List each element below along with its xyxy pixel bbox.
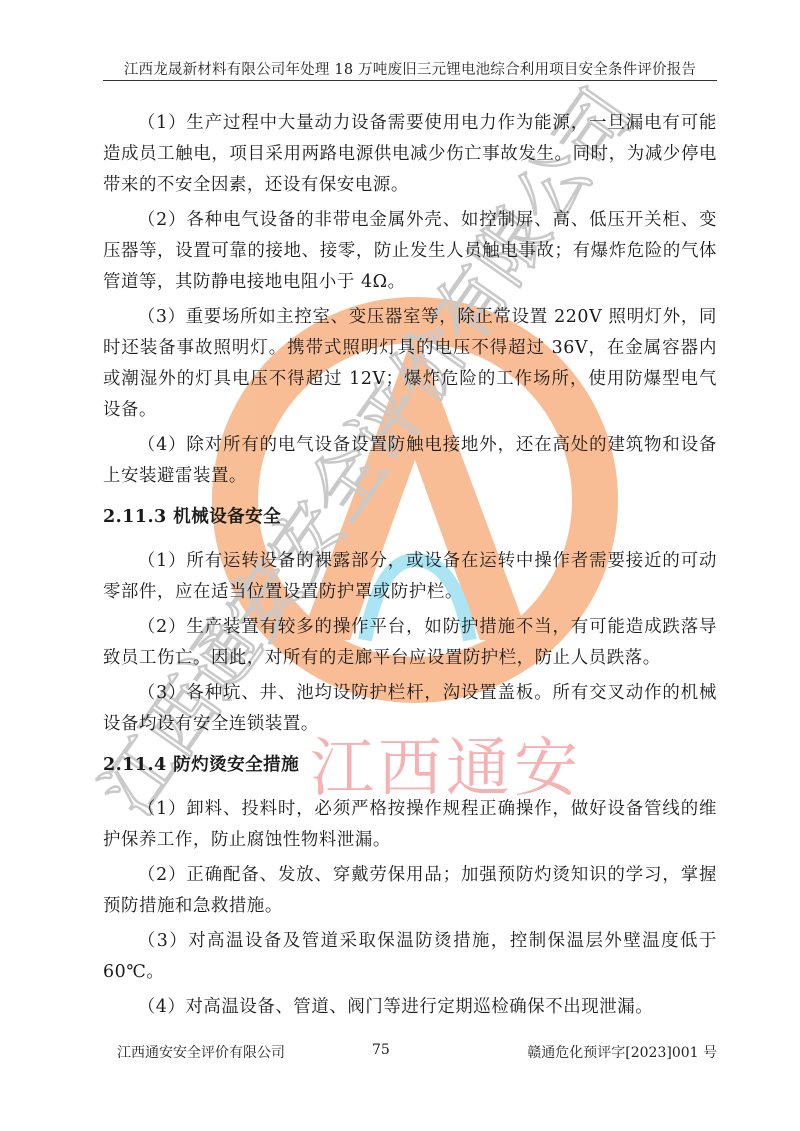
document-page: 江西龙晟新材料有限公司年处理 18 万吨废旧三元锂电池综合利用项目安全条件评价报… — [0, 0, 800, 1131]
section-heading-2-11-3: 2.11.3 机械设备安全 — [103, 501, 717, 532]
electrical-paragraph-4: （4）除对所有的电气设备设置防触电接地外，还在高处的建筑物和设备上安装避雷装置。 — [103, 430, 717, 492]
electrical-paragraph-1: （1）生产过程中大量动力设备需要使用电力作为能源，一旦漏电有可能造成员工触电，项… — [103, 108, 717, 201]
section-heading-2-11-4: 2.11.4 防灼烫安全措施 — [103, 749, 717, 780]
electrical-paragraph-2: （2）各种电气设备的非带电金属外壳、如控制屏、高、低压开关柜、变压器等，设置可靠… — [103, 205, 717, 298]
mechanical-paragraph-1: （1）所有运转设备的裸露部分，或设备在运转中操作者需要接近的可动零部件，应在适当… — [103, 546, 717, 608]
mechanical-paragraph-2: （2）生产装置有较多的操作平台，如防护措施不当，有可能造成跌落导致员工伤亡。因此… — [103, 612, 717, 674]
document-body: （1）生产过程中大量动力设备需要使用电力作为能源，一旦漏电有可能造成员工触电，项… — [103, 108, 717, 1027]
burn-paragraph-1: （1）卸料、投料时，必须严格按操作规程正确操作，做好设备管线的维护保养工作，防止… — [103, 794, 717, 856]
page-number: 75 — [372, 1042, 390, 1058]
burn-paragraph-4: （4）对高温设备、管道、阀门等进行定期巡检确保不出现泄漏。 — [103, 992, 717, 1023]
document-code: 赣通危化预评字[2023]001 号 — [527, 1042, 717, 1062]
footer-company: 江西通安安全评价有限公司 — [117, 1042, 285, 1062]
electrical-paragraph-3: （3）重要场所如主控室、变压器室等，除正常设置 220V 照明灯外，同时还装备事… — [103, 302, 717, 426]
header-divider — [103, 80, 717, 81]
burn-paragraph-3: （3）对高温设备及管道采取保温防烫措施，控制保温层外壁温度低于 60℃。 — [103, 926, 717, 988]
running-header: 江西龙晟新材料有限公司年处理 18 万吨废旧三元锂电池综合利用项目安全条件评价报… — [103, 58, 717, 79]
mechanical-paragraph-3: （3）各种坑、井、池均设防护栏杆，沟设置盖板。所有交叉动作的机械设备均设有安全连… — [103, 678, 717, 740]
burn-paragraph-2: （2）正确配备、发放、穿戴劳保用品；加强预防灼烫知识的学习，掌握预防措施和急救措… — [103, 860, 717, 922]
